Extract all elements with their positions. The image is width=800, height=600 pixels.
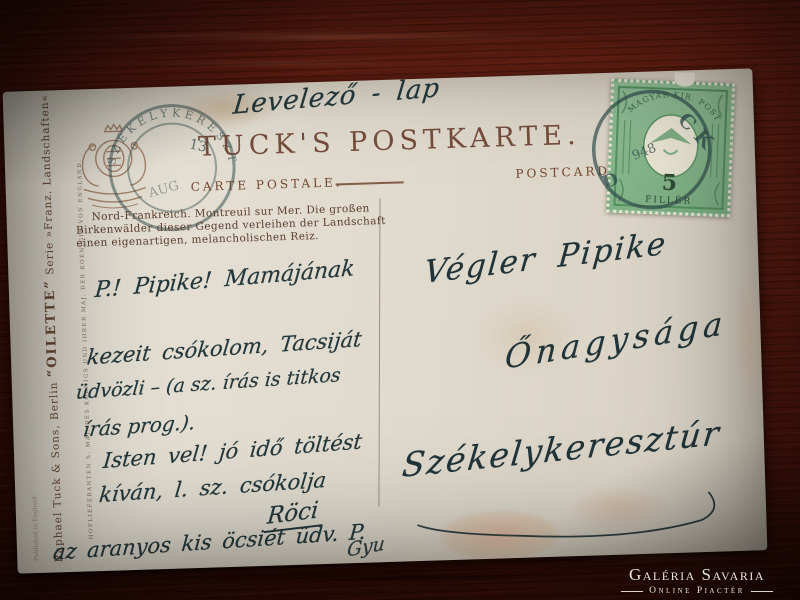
- postmark-letters: C K: [673, 108, 719, 154]
- series-number: Serie »Franz. Landschaften« No. 323 B.: [36, 68, 56, 279]
- publisher-imprint: Raphael Tuck & Sons, Berlin “OILETTE” Se…: [37, 116, 66, 562]
- postmark-month: AUG: [146, 178, 181, 201]
- watermark-dash: [751, 591, 773, 592]
- message-line: P.! Pipike! Mamájának: [94, 256, 356, 303]
- address-name: Végler Pipike: [423, 225, 669, 291]
- address-honorific: Őnagysága: [504, 303, 729, 376]
- postmark-right-icon: C K D 948: [580, 77, 724, 221]
- message-line: üdvözli – (a sz. írás is titkos: [75, 364, 342, 404]
- message-line: az aranyos kis öcsiét üdv. P.: [52, 520, 367, 565]
- wood-grain-streak: [120, 575, 680, 580]
- wood-grain-streak: [40, 34, 600, 39]
- caption-block: Nord-Frankreich. Montreuil sur Mer. Die …: [75, 202, 388, 251]
- wood-grain-streak: [60, 62, 480, 65]
- address-divider-line: [378, 198, 380, 506]
- oilette-brand: “OILETTE”: [43, 279, 61, 378]
- message-line: kezeit csókolom, Tacsiját: [86, 327, 363, 369]
- address-underline-flourish: [414, 487, 725, 543]
- center-rule: [336, 181, 404, 185]
- watermark-dash: [621, 591, 643, 592]
- printed-in-england-line: Published in England.: [29, 411, 41, 561]
- address-town: Székelykeresztúr: [400, 413, 722, 485]
- postmark-letter: D: [600, 169, 622, 194]
- message-line: írás prog.).: [82, 410, 197, 442]
- postmark-date: 948: [630, 141, 659, 164]
- publisher-name: Raphael Tuck & Sons, Berlin: [48, 377, 66, 562]
- watermark-subtitle: Online Piactér: [649, 586, 745, 596]
- watermark-subtitle-row: Online Piactér: [602, 586, 792, 596]
- postcard: Raphael Tuck & Sons, Berlin “OILETTE” Se…: [3, 68, 768, 573]
- photo-scene: Raphael Tuck & Sons, Berlin “OILETTE” Se…: [0, 0, 800, 600]
- watermark-title: Galéria Savaria: [602, 565, 792, 585]
- watermark-badge: Galéria Savaria Online Piactér: [602, 565, 792, 596]
